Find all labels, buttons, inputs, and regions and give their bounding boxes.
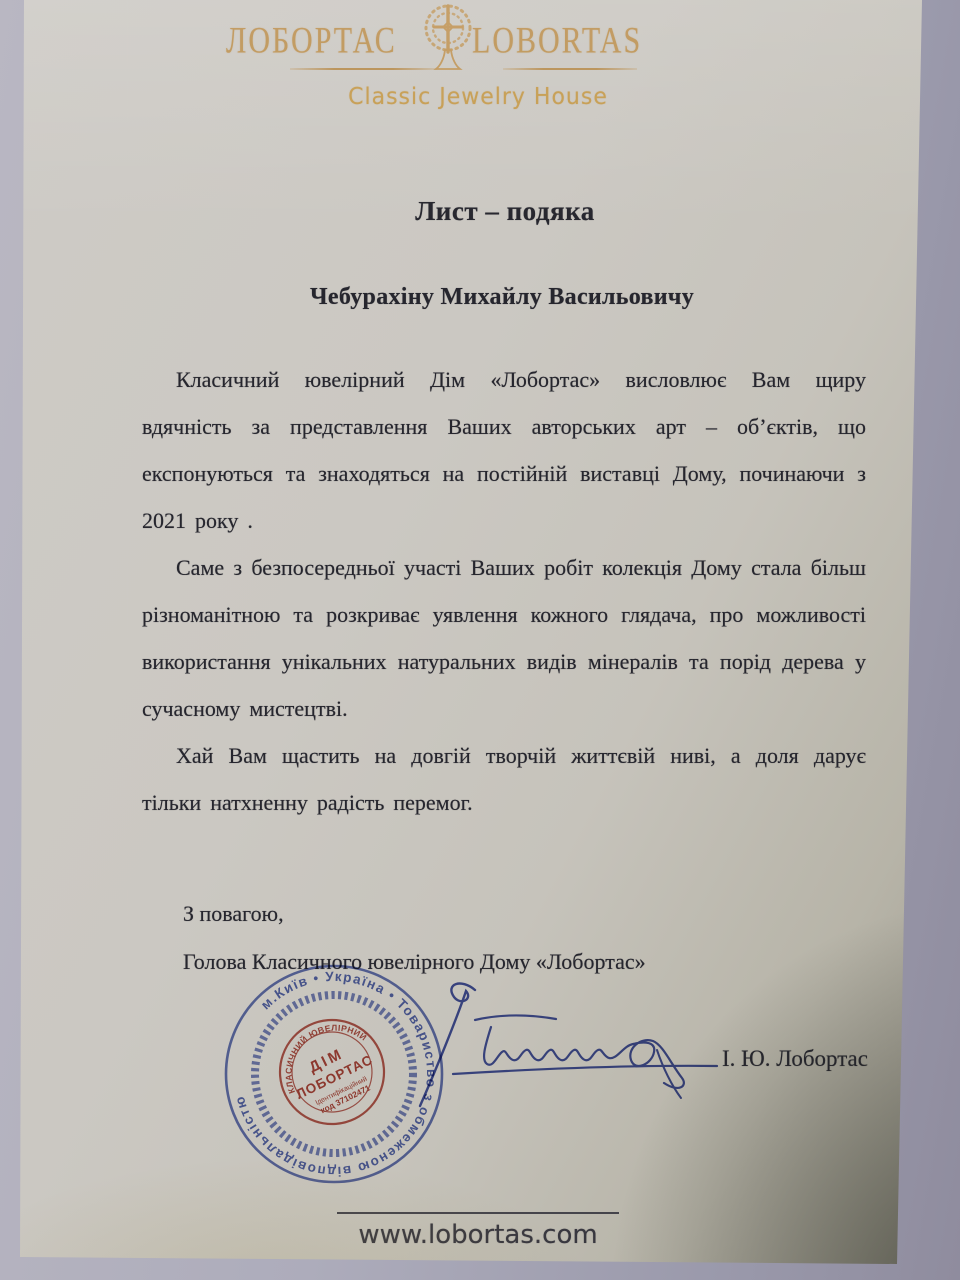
signature-scribble	[395, 980, 730, 1115]
footer-rule	[337, 1212, 619, 1214]
salutation: З повагою,	[183, 901, 284, 927]
ornate-cross-icon	[419, 2, 477, 72]
paragraph-3: Хай Вам щастить на довгій творчій життєв…	[142, 732, 866, 826]
letter-addressee: Чебурахіну Михайлу Васильовичу	[310, 284, 694, 311]
brand-rule-right	[503, 68, 637, 70]
letter-paper-sheet: ЛОБОРТАС LOBORTAS Classic Jewelry House …	[0, 0, 960, 1280]
paragraph-2: Саме з безпосередньої участі Ваших робіт…	[142, 544, 866, 732]
brand-name-cyrillic: ЛОБОРТАС	[226, 20, 397, 63]
photographed-letter: ЛОБОРТАС LOBORTAS Classic Jewelry House …	[0, 0, 960, 1280]
brand-rule-left	[290, 68, 437, 70]
brand-name-latin: LOBORTAS	[472, 20, 642, 63]
signatory-name: І. Ю. Лобортас	[722, 1046, 868, 1072]
letter-title: Лист – подяка	[145, 196, 865, 227]
website-url: www.lobortas.com	[312, 1220, 644, 1250]
letter-body: Класичний ювелірний Дім «Лобортас» висло…	[142, 356, 866, 826]
red-stamp: КЛАСИЧНИЙ ЮВЕЛІРНИЙ ДІМ ЛОБОРТАС Ідентиф…	[262, 1002, 401, 1141]
paragraph-1: Класичний ювелірний Дім «Лобортас» висло…	[142, 356, 866, 544]
brand-tagline: Classic Jewelry House	[338, 84, 618, 110]
